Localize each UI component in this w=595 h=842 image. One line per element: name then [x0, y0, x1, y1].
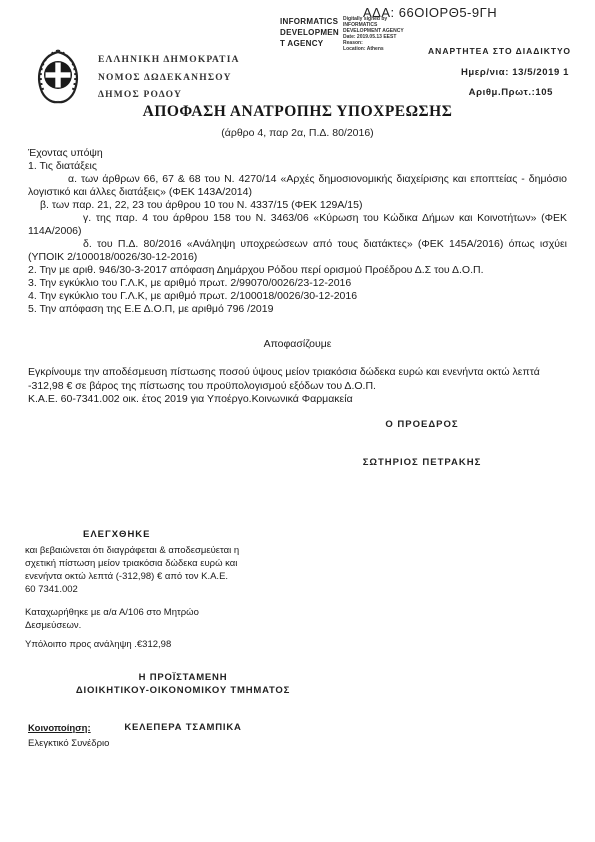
remaining-balance: Υπόλοιπο προς ανάληψη .€312,98 [25, 638, 303, 651]
signature-details: Digitally signed by INFORMATICS DEVELOPM… [343, 16, 413, 52]
signer-agency-line: INFORMATICS [280, 16, 339, 27]
preamble-item-1b: β. των παρ. 21, 22, 23 του άρθρου 10 του… [28, 199, 567, 212]
audit-line: ενενήντα οκτώ λεπτά (-312,98) € από τον … [25, 570, 303, 583]
signature-detail-line: Location: Athens [343, 46, 413, 52]
president-title: Ο ΠΡΟΕΔΡΟΣ [362, 419, 482, 430]
preamble-item-2: 2. Την με αριθ. 946/30-3-2017 απόφαση Δη… [28, 264, 567, 277]
preamble-item-3: 3. Την εγκύκλιο του Γ.Λ.Κ, με αριθμό πρω… [28, 277, 567, 290]
audit-line: και βεβαιώνεται ότι διαγράφεται & αποδεσ… [25, 544, 303, 557]
preamble-item-1a: α. των άρθρων 66, 67 & 68 του Ν. 4270/14… [28, 173, 567, 199]
president-name: ΣΩΤΗΡΙΟΣ ΠΕΤΡΑΚΗΣ [362, 457, 482, 468]
registry-block: Καταχωρήθηκε με α/α Α/106 στο Μητρώο Δεσ… [25, 606, 303, 651]
greek-national-emblem-icon [34, 49, 82, 104]
preamble-item-4: 4. Την εγκύκλιο του Γ.Λ.Κ, με αριθμό πρω… [28, 290, 567, 303]
document-meta: ΑΝΑΡΤΗΤΕΑ ΣΤΟ ΔΙΑΔΙΚΤΥΟ Ημερ/νια: 13/5/2… [428, 46, 571, 98]
audit-kae: 60 7341.002 [25, 583, 303, 596]
preamble-item-5: 5. Την απόφαση της Ε.Ε Δ.Ο.Π, με αριθμό … [28, 303, 567, 316]
officer-department: ΔΙΟΙΚΗΤΙΚΟΥ-ΟΙΚΟΝΟΜΙΚΟΥ ΤΜΗΜΑΤΟΣ [33, 684, 333, 697]
notification-label: Κοινοποίηση: [28, 721, 109, 736]
protocol-number: Αριθμ.Πρωτ.:105 [428, 87, 553, 98]
notification-block: Κοινοποίηση: Ελεγκτικό Συνέδριο [28, 721, 109, 751]
web-posting-note: ΑΝΑΡΤΗΤΕΑ ΣΤΟ ΔΙΑΔΙΚΤΥΟ [428, 46, 571, 56]
signer-agency: INFORMATICS DEVELOPMEN T AGENCY [280, 16, 339, 52]
audit-heading: ΕΛΕΓΧΘΗΚΕ [83, 528, 303, 541]
audit-block: ΕΛΕΓΧΘΗΚΕ και βεβαιώνεται ότι διαγράφετα… [25, 528, 303, 596]
signer-agency-line: DEVELOPMEN [280, 27, 339, 38]
document-page: ΑΔΑ: 66ΟΙΟΡΘ5-9ΓΗ INFORMATICS DEVELOPMEN… [0, 0, 595, 842]
president-signature-block: Ο ΠΡΟΕΔΡΟΣ ΣΩΤΗΡΙΟΣ ΠΕΤΡΑΚΗΣ [362, 419, 482, 468]
officer-title: Η ΠΡΟΪΣΤΑΜΕΝΗ [33, 671, 333, 684]
digital-signature-stamp: INFORMATICS DEVELOPMEN T AGENCY Digitall… [280, 16, 413, 52]
document-title: ΑΠΟΦΑΣΗ ΑΝΑΤΡΟΠΗΣ ΥΠΟΧΡΕΩΣΗΣ [0, 103, 595, 121]
notification-recipient: Ελεγκτικό Συνέδριο [28, 736, 109, 751]
document-body: Έχοντας υπόψη 1. Τις διατάξεις α. των άρ… [28, 147, 567, 406]
decision-budget-line: Κ.Α.Ε. 60-7341.002 οικ. έτος 2019 για Υπ… [28, 393, 567, 406]
signer-agency-line: T AGENCY [280, 38, 339, 49]
document-subtitle: (άρθρο 4, παρ 2α, Π.Δ. 80/2016) [0, 127, 595, 139]
letterhead: ΕΛΛΗΝΙΚΗ ΔΗΜΟΚΡΑΤΙΑ ΝΟΜΟΣ ΔΩΔΕΚΑΝΗΣΟΥ ΔΗ… [98, 52, 240, 105]
audit-line: σχετική πίστωση μείον τριακόσια δώδεκα ε… [25, 557, 303, 570]
preamble-item-1: 1. Τις διατάξεις [28, 160, 567, 173]
decision-heading: Αποφασίζουμε [28, 338, 567, 351]
preamble-item-1c: γ. της παρ. 4 του άρθρου 158 του Ν. 3463… [28, 212, 567, 238]
decision-paragraph: Εγκρίνουμε την αποδέσμευση πίστωσης ποσο… [28, 366, 567, 393]
letterhead-municipality: ΔΗΜΟΣ ΡΟΔΟΥ [98, 87, 240, 105]
preamble-item-1d: δ. του Π.Δ. 80/2016 «Ανάληψη υποχρεώσεων… [28, 238, 567, 264]
registry-line: Καταχωρήθηκε με α/α Α/106 στο Μητρώο [25, 606, 303, 619]
having-regard: Έχοντας υπόψη [28, 147, 567, 160]
registry-line: Δεσμεύσεων. [25, 619, 303, 632]
letterhead-prefecture: ΝΟΜΟΣ ΔΩΔΕΚΑΝΗΣΟΥ [98, 70, 240, 88]
letterhead-republic: ΕΛΛΗΝΙΚΗ ΔΗΜΟΚΡΑΤΙΑ [98, 52, 240, 70]
date-line: Ημερ/νια: 13/5/2019 1 [428, 67, 569, 78]
